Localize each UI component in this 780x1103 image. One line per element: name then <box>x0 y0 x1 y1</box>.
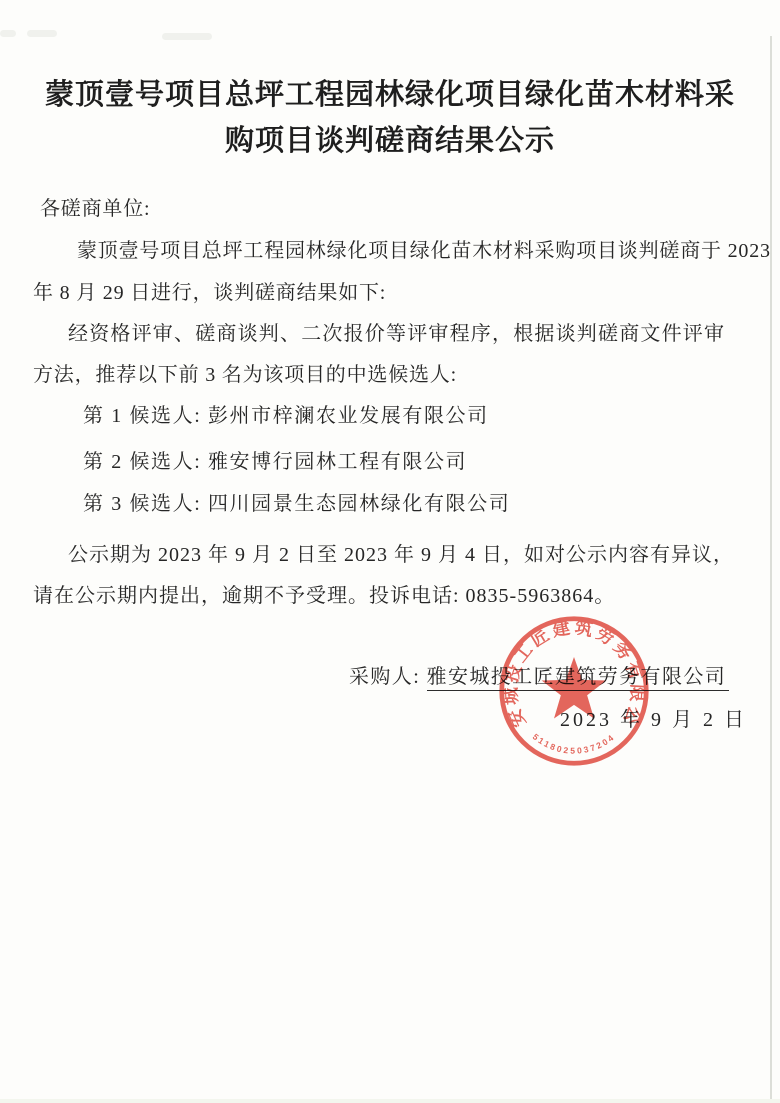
intro-paragraph-line-2: 年 8 月 29 日进行，谈判磋商结果如下: <box>33 280 386 306</box>
seal-star-icon <box>542 657 607 719</box>
purchaser-label: 采购人: <box>349 666 427 688</box>
official-seal-graphic: 雅安城投工匠建筑劳务有限公司 5118025037204 <box>489 606 659 776</box>
official-seal: 雅安城投工匠建筑劳务有限公司 5118025037204 <box>489 606 659 776</box>
document-page: 蒙顶壹号项目总坪工程园林绿化项目绿化苗木材料采 购项目谈判磋商结果公示 各磋商单… <box>0 0 780 1103</box>
intro-paragraph-line-1: 蒙顶壹号项目总坪工程园林绿化项目绿化苗木材料采购项目谈判磋商于 2023 <box>77 238 771 264</box>
salutation-line: 各磋商单位: <box>40 196 150 222</box>
title-line-1: 蒙顶壹号项目总坪工程园林绿化项目绿化苗木材料采 <box>0 72 780 118</box>
scan-smudge <box>27 30 57 37</box>
seal-company-arc-text: 雅安城投工匠建筑劳务有限公司 <box>489 606 648 730</box>
scan-smudge <box>0 30 16 37</box>
review-paragraph-line-2: 方法，推荐以下前 3 名为该项目的中选候选人: <box>33 362 457 388</box>
candidate-1-line: 第 1 候选人: 彭州市梓澜农业发展有限公司 <box>83 403 489 429</box>
publicity-period-line-1: 公示期为 2023 年 9 月 2 日至 2023 年 9 月 4 日，如对公示… <box>68 542 734 568</box>
scan-edge-line <box>770 36 772 1103</box>
candidate-2-line: 第 2 候选人: 雅安博行园林工程有限公司 <box>83 449 467 475</box>
seal-serial-number: 5118025037204 <box>531 731 617 755</box>
document-title: 蒙顶壹号项目总坪工程园林绿化项目绿化苗木材料采 购项目谈判磋商结果公示 <box>0 72 780 164</box>
title-line-2: 购项目谈判磋商结果公示 <box>0 118 780 164</box>
candidate-3-line: 第 3 候选人: 四川园景生态园林绿化有限公司 <box>83 491 510 517</box>
scan-smudge <box>162 33 212 40</box>
review-paragraph-line-1: 经资格评审、磋商谈判、二次报价等评审程序，根据谈判磋商文件评审 <box>68 321 725 347</box>
scan-edge-bottom <box>0 1099 780 1103</box>
